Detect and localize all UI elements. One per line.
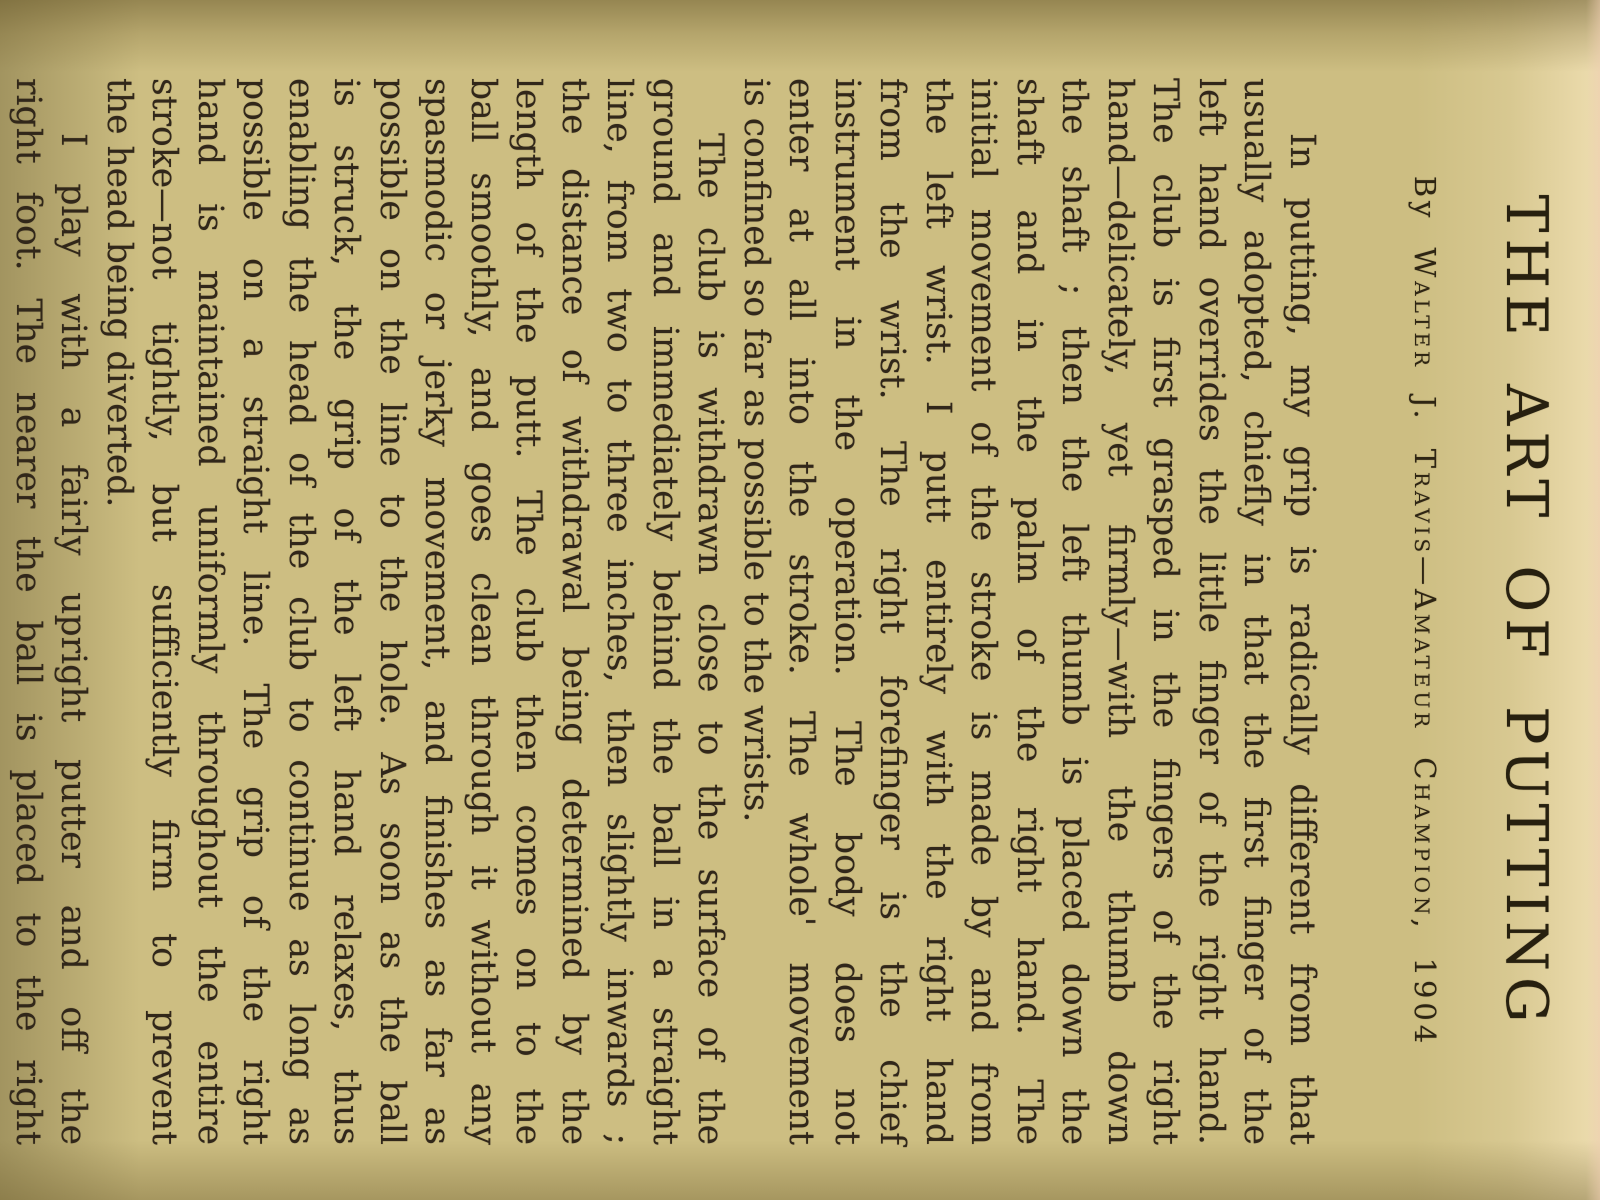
text-line: I play with a fairly upright putter and … bbox=[50, 78, 96, 1145]
text-line: length of the putt. The club then comes … bbox=[505, 78, 551, 1145]
text-line: usually adopted, chiefly in that the fir… bbox=[1233, 78, 1279, 1145]
byline: By Walter J. Travis—Amateur Champion, 19… bbox=[1408, 78, 1442, 1145]
text-line: The club is withdrawn close to the surfa… bbox=[687, 78, 733, 1145]
text-line: stroke—not tightly, but sufficiently fir… bbox=[141, 78, 187, 1145]
byline-prefix: By bbox=[1408, 176, 1442, 248]
text-line: hand is maintained uniformly throughout … bbox=[186, 78, 232, 1145]
text-line: the distance of withdrawal being determi… bbox=[550, 78, 596, 1145]
text-line: enter at all into the stroke. The whole'… bbox=[778, 78, 824, 1145]
text-line: line, from two to three inches, then sli… bbox=[596, 78, 642, 1145]
text-line: right foot. The nearer the ball is place… bbox=[4, 78, 50, 1145]
byline-credential: Amateur Champion, 1904 bbox=[1408, 589, 1442, 1047]
text-line: ground and immediately behind the ball i… bbox=[641, 78, 687, 1145]
text-line: ball smoothly, and goes clean through it… bbox=[459, 78, 505, 1145]
byline-separator: — bbox=[1408, 556, 1442, 589]
photo-frame: THE ART OF PUTTING By Walter J. Travis—A… bbox=[0, 0, 1600, 1200]
text-line: the left wrist. I putt entirely with the… bbox=[914, 78, 960, 1145]
page-content: THE ART OF PUTTING By Walter J. Travis—A… bbox=[0, 0, 1600, 1200]
text-line: left hand overrides the little finger of… bbox=[1187, 78, 1233, 1145]
text-line: initial movement of the stroke is made b… bbox=[960, 78, 1006, 1145]
byline-author: Walter J. Travis bbox=[1408, 248, 1442, 557]
text-line: enabling the head of the club to continu… bbox=[277, 78, 323, 1145]
text-line: instrument in the operation. The body do… bbox=[823, 78, 869, 1145]
text-line: spasmodic or jerky movement, and finishe… bbox=[414, 78, 460, 1145]
text-line: possible on a straight line. The grip of… bbox=[232, 78, 278, 1145]
text-line: hand—delicately, yet firmly—with the thu… bbox=[1096, 78, 1142, 1145]
text-line: In putting, my grip is radically differe… bbox=[1278, 78, 1324, 1145]
text-line: The club is first grasped in the fingers… bbox=[1142, 78, 1188, 1145]
text-line: shaft and in the palm of the right hand.… bbox=[1005, 78, 1051, 1145]
book-page: THE ART OF PUTTING By Walter J. Travis—A… bbox=[0, 0, 1600, 1200]
text-line: possible on the line to the hole. As soo… bbox=[368, 78, 414, 1145]
page-title: THE ART OF PUTTING bbox=[1492, 78, 1560, 1145]
text-line: the shaft ; then the left thumb is place… bbox=[1051, 78, 1097, 1145]
text-line: is struck, the grip of the left hand rel… bbox=[323, 78, 369, 1145]
text-line: from the wrist. The right forefinger is … bbox=[869, 78, 915, 1145]
body-text: In putting, my grip is radically differe… bbox=[4, 78, 1324, 1145]
text-line: the head being diverted. bbox=[95, 78, 141, 1145]
text-line: is confined so far as possible to the wr… bbox=[732, 78, 778, 1145]
